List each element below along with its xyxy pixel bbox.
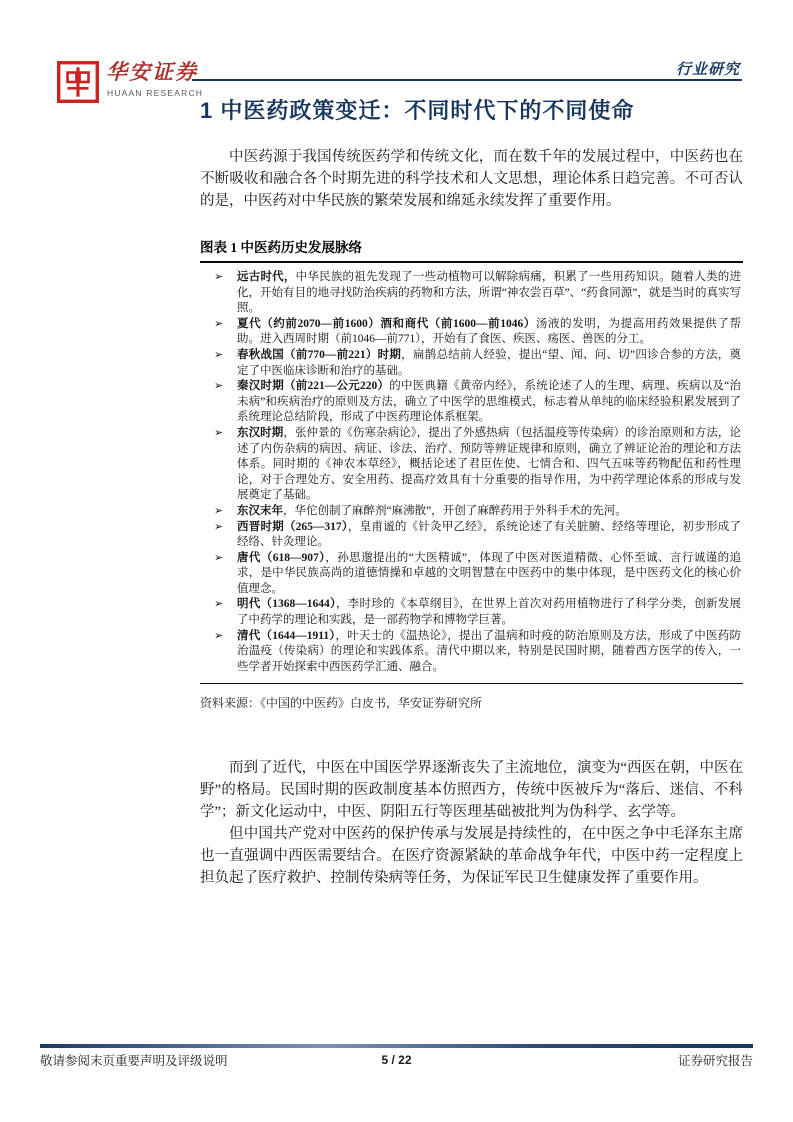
list-item: ➢远古时代，中华民族的祖先发现了一些动植物可以解除病痛，积累了一些用药知识。随着… xyxy=(214,270,741,317)
arrow-bullet-icon: ➢ xyxy=(214,597,223,613)
arrow-bullet-icon: ➢ xyxy=(214,520,223,536)
body-paragraph: 但中国共产党对中医药的保护传承与发展是持续性的，在中医之争中毛泽东主席也一直强调… xyxy=(200,823,743,889)
item-lead: 夏代（约前2070—前1600）酒和商代（前1600—前1046） xyxy=(237,318,536,330)
list-item: ➢明代（1368—1644），李时珍的《本草纲目》，在世界上首次对药用植物进行了… xyxy=(214,597,741,628)
report-page: 华安证券 HUAAN RESEARCH 行业研究 1 中医药政策变迁：不同时代下… xyxy=(0,0,793,1122)
intro-paragraph: 中医药源于我国传统医药学和传统文化，而在数千年的发展过程中，中医药也在不断吸收和… xyxy=(200,146,743,212)
arrow-bullet-icon: ➢ xyxy=(214,270,223,286)
item-lead: 秦汉时期（前221—公元220） xyxy=(237,380,389,392)
item-text: ，华佗创制了麻醉剂“麻沸散”，开创了麻醉药用于外科手术的先河。 xyxy=(283,505,627,517)
huaan-seal-logo-icon xyxy=(57,61,99,103)
list-item: ➢东汉末年，华佗创制了麻醉剂“麻沸散”，开创了麻醉药用于外科手术的先河。 xyxy=(214,504,741,520)
brand-name-english: HUAAN RESEARCH xyxy=(107,88,203,98)
list-item: ➢秦汉时期（前221—公元220）的中医典籍《黄帝内经》，系统论述了人的生理、病… xyxy=(214,379,741,426)
list-item: ➢东汉时期，张仲景的《伤寒杂病论》，提出了外感热病（包括温疫等传染病）的诊治原则… xyxy=(214,426,741,504)
arrow-bullet-icon: ➢ xyxy=(214,426,223,442)
item-lead: 西晋时期（265—317） xyxy=(237,521,348,533)
item-text: 中华民族的祖先发现了一些动植物可以解除病痛，积累了一些用药知识。随着人类的进化，… xyxy=(237,271,741,314)
item-lead: 唐代（618—907） xyxy=(237,552,325,564)
content-column: 1 中医药政策变迁：不同时代下的不同使命 中医药源于我国传统医药学和传统文化，而… xyxy=(200,96,743,889)
item-lead: 东汉末年 xyxy=(237,505,283,517)
item-lead: 清代（1644—1911） xyxy=(237,630,335,642)
body-paragraph: 而到了近代，中医在中国医学界逐渐丧失了主流地位，演变为“西医在朝，中医在野”的格… xyxy=(200,757,743,823)
header-divider xyxy=(192,79,742,81)
report-type-label: 行业研究 xyxy=(676,58,740,79)
item-lead: 东汉时期 xyxy=(237,427,283,439)
item-lead: 远古时代， xyxy=(237,271,296,283)
list-item: ➢西晋时期（265—317），皇甫谧的《针灸甲乙经》，系统论述了有关脏腑、经络等… xyxy=(214,520,741,551)
arrow-bullet-icon: ➢ xyxy=(214,379,223,395)
arrow-bullet-icon: ➢ xyxy=(214,629,223,645)
arrow-bullet-icon: ➢ xyxy=(214,317,223,333)
section-title: 1 中医药政策变迁：不同时代下的不同使命 xyxy=(200,96,743,126)
list-item: ➢夏代（约前2070—前1600）酒和商代（前1600—前1046）汤液的发明，… xyxy=(214,317,741,348)
footer: 敬请参阅末页重要声明及评级说明 5 / 22 证券研究报告 xyxy=(40,1051,753,1069)
footer-report-label: 证券研究报告 xyxy=(412,1051,753,1069)
figure-source: 资料来源：《中国的中医药》白皮书，华安证券研究所 xyxy=(200,694,743,711)
page-number: 5 / 22 xyxy=(381,1053,411,1067)
figure-caption: 图表 1 中医药历史发展脉络 xyxy=(200,236,743,263)
list-item: ➢唐代（618—907），孙思邈提出的“大医精诚”，体现了中医对医道精微、心怀至… xyxy=(214,551,741,598)
item-lead: 明代（1368—1644） xyxy=(237,598,336,610)
list-item: ➢清代（1644—1911），叶天士的《温热论》，提出了温病和时疫的防治原则及方… xyxy=(214,629,741,676)
footer-divider-bar xyxy=(40,1044,753,1048)
timeline-list: ➢远古时代，中华民族的祖先发现了一些动植物可以解除病痛，积累了一些用药知识。随着… xyxy=(200,263,743,684)
list-item: ➢春秋战国（前770—前221）时期，扁鹊总结前人经验，提出“望、闻、问、切”四… xyxy=(214,348,741,379)
arrow-bullet-icon: ➢ xyxy=(214,348,223,364)
arrow-bullet-icon: ➢ xyxy=(214,504,223,520)
brand-name-chinese: 华安证券 xyxy=(106,56,198,86)
item-text: ，张仲景的《伤寒杂病论》，提出了外感热病（包括温疫等传染病）的诊治原则和方法，论… xyxy=(237,427,741,501)
item-lead: 春秋战国（前770—前221）时期 xyxy=(237,349,401,361)
arrow-bullet-icon: ➢ xyxy=(214,551,223,567)
footer-disclaimer: 敬请参阅末页重要声明及评级说明 xyxy=(40,1051,381,1069)
